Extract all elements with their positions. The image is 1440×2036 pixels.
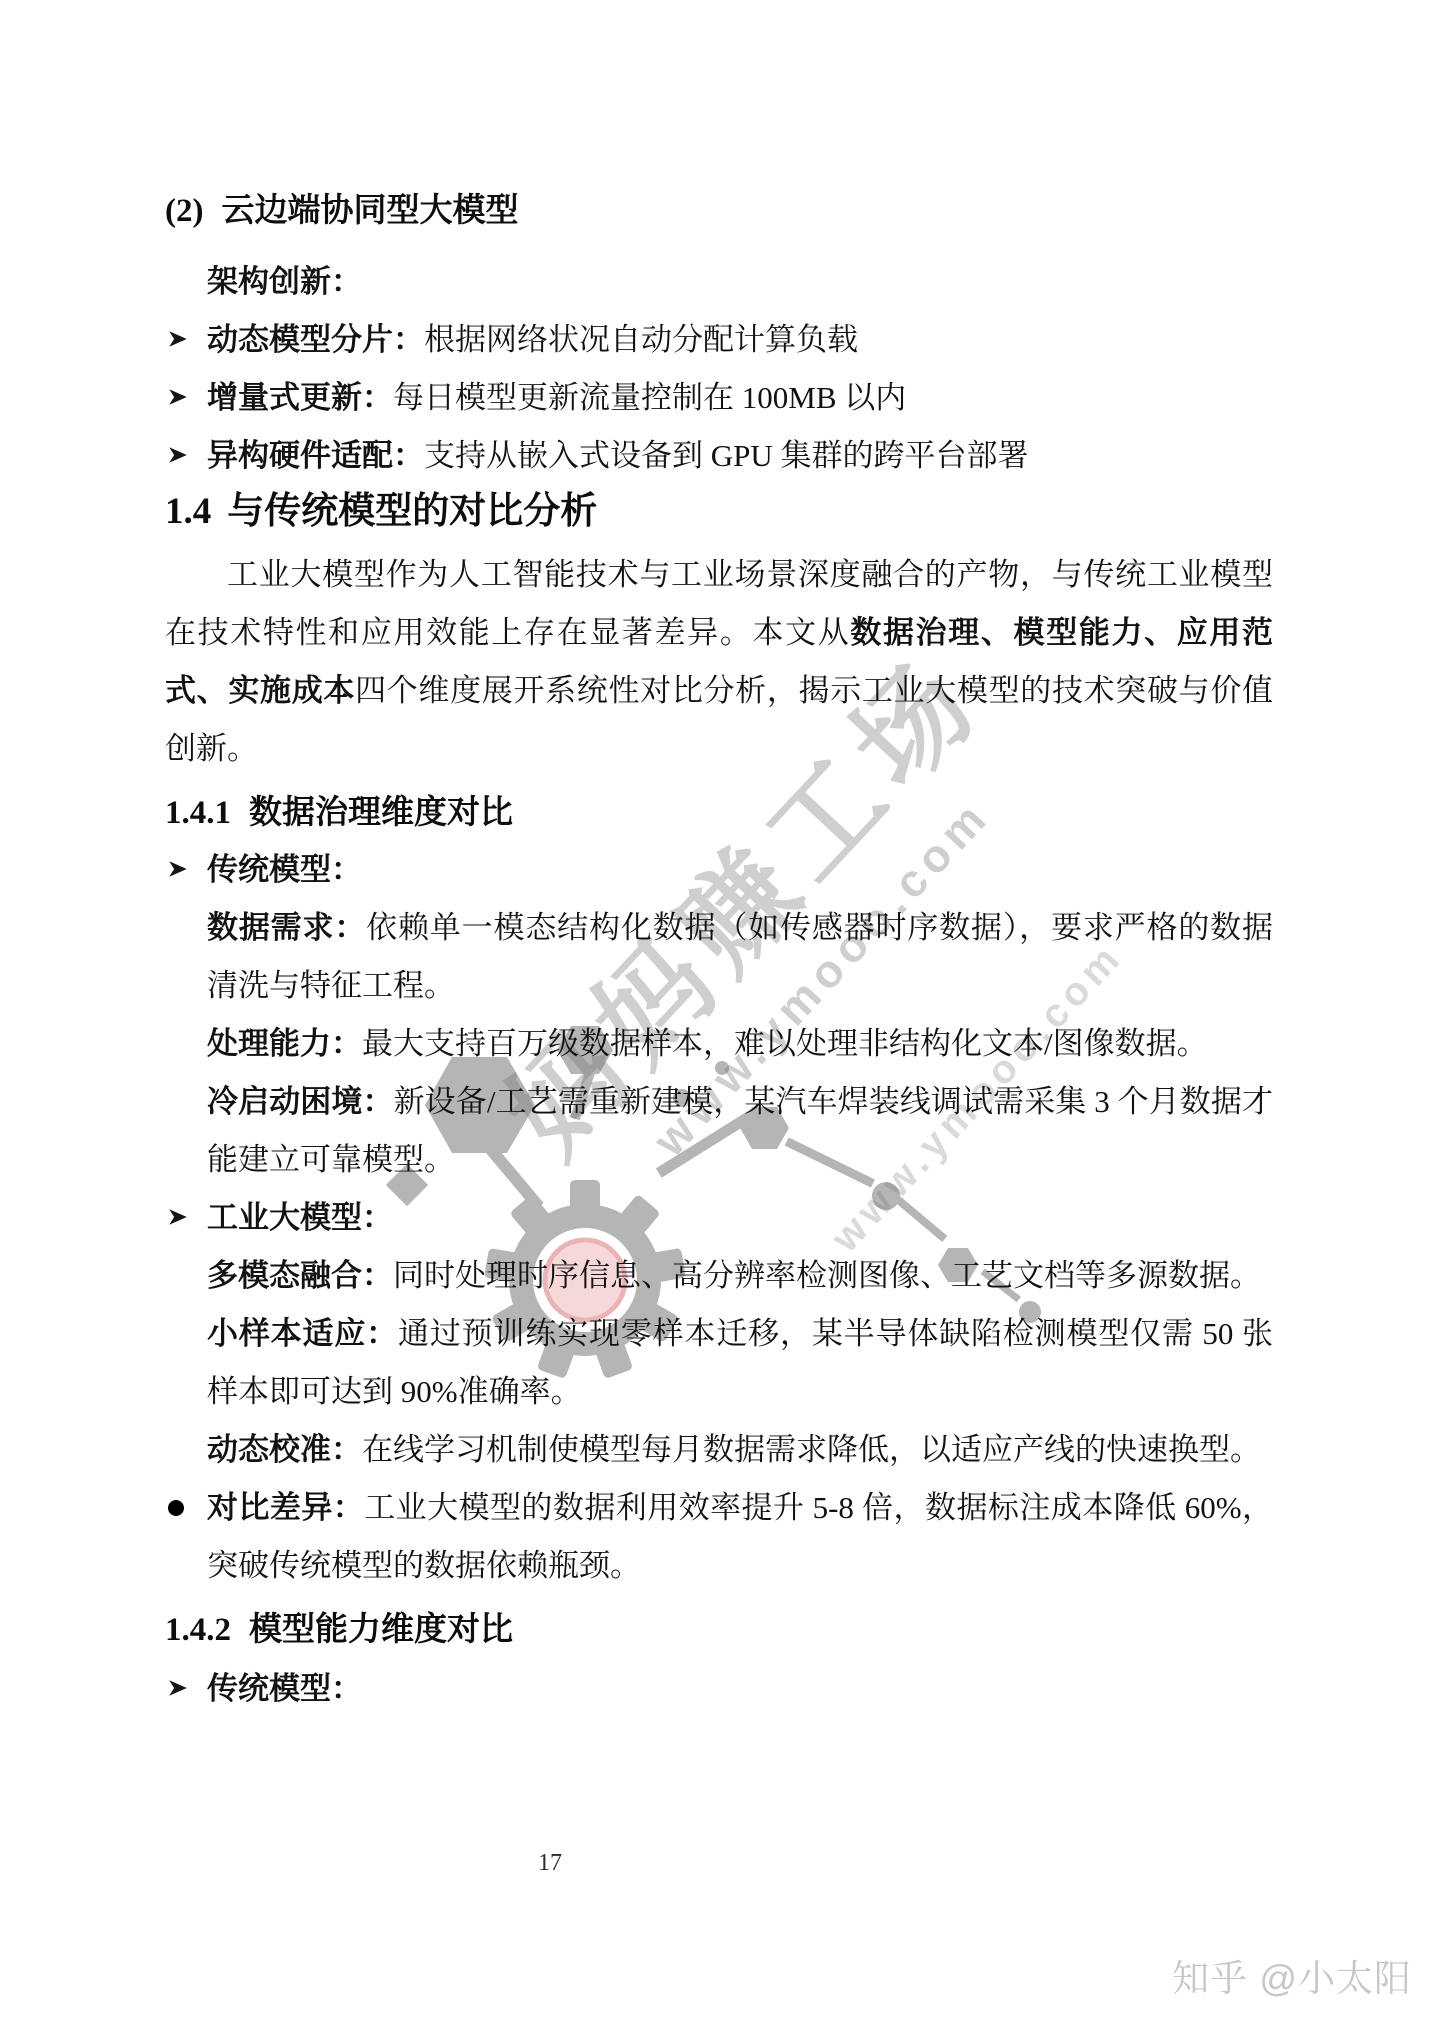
item-few-shot: 小样本适应：通过预训练实现零样本迁移，某半导体缺陷检测模型仅需 50 张样本即可… — [165, 1305, 1273, 1421]
item-label: 数据需求： — [207, 910, 366, 945]
bullet-label: 动态模型分片： — [207, 322, 424, 357]
item-label: 动态校准： — [207, 1432, 362, 1467]
bullet-label: 传统模型： — [207, 852, 362, 887]
bullet-text: 每日模型更新流量控制在 100MB 以内 — [393, 380, 906, 415]
arch-innovation-label: 架构创新： — [207, 253, 1273, 311]
bullet-industrial-model: 工业大模型： — [165, 1189, 1273, 1247]
item-cold-start: 冷启动困境：新设备/工艺需重新建模，某汽车焊装线调试需采集 3 个月数据才能建立… — [165, 1073, 1273, 1189]
arrow-bullet-icon — [167, 1206, 189, 1228]
heading-number: 1.4.1 — [165, 795, 231, 831]
subsection-heading-cloud-edge: (2)云边端协同型大模型 — [165, 186, 1273, 235]
item-dynamic-calibration: 动态校准：在线学习机制使模型每月数据需求降低，以适应产线的快速换型。 — [165, 1421, 1273, 1479]
bullet-hetero-hardware: 异构硬件适配：支持从嵌入式设备到 GPU 集群的跨平台部署 — [165, 427, 1273, 485]
heading-number: (2) — [165, 193, 203, 229]
bullet-text: 支持从嵌入式设备到 GPU 集群的跨平台部署 — [424, 438, 1029, 473]
item-text: 在线学习机制使模型每月数据需求降低，以适应产线的快速换型。 — [362, 1432, 1261, 1467]
item-text: 最大支持百万级数据样本，难以处理非结构化文本/图像数据。 — [362, 1026, 1208, 1061]
item-multimodal-fusion: 多模态融合：同时处理时序信息、高分辨率检测图像、工艺文档等多源数据。 — [165, 1247, 1273, 1305]
bullet-incremental-update: 增量式更新：每日模型更新流量控制在 100MB 以内 — [165, 369, 1273, 427]
heading-title: 云边端协同型大模型 — [221, 191, 518, 228]
arrow-bullet-icon — [167, 444, 189, 466]
bullet-label: 异构硬件适配： — [207, 438, 424, 473]
zhihu-credit: 知乎 @小太阳 — [1172, 1948, 1412, 2002]
bullet-dynamic-sharding: 动态模型分片：根据网络状况自动分配计算负载 — [165, 311, 1273, 369]
bullet-traditional-model: 传统模型： — [165, 841, 1273, 899]
item-text: 依赖单一模态结构化数据（如传感器时序数据），要求严格的数据清洗与特征工程。 — [207, 910, 1273, 1003]
bullet-label: 传统模型： — [207, 1671, 362, 1706]
arrow-bullet-icon — [167, 1677, 189, 1699]
heading-title: 与传统模型的对比分析 — [227, 490, 597, 531]
item-processing-capacity: 处理能力：最大支持百万级数据样本，难以处理非结构化文本/图像数据。 — [165, 1015, 1273, 1073]
bullet-comparison-difference: 对比差异：工业大模型的数据利用效率提升 5-8 倍，数据标注成本降低 60%，突… — [165, 1479, 1273, 1595]
item-label: 处理能力： — [207, 1026, 362, 1061]
heading-title: 模型能力维度对比 — [249, 1610, 513, 1647]
item-label: 冷启动困境： — [207, 1084, 394, 1119]
heading-title: 数据治理维度对比 — [249, 793, 513, 830]
intro-paragraph: 工业大模型作为人工智能技术与工业场景深度融合的产物，与传统工业模型在技术特性和应… — [165, 546, 1273, 778]
item-text: 同时处理时序信息、高分辨率检测图像、工艺文档等多源数据。 — [393, 1258, 1261, 1293]
heading-number: 1.4.2 — [165, 1612, 231, 1648]
section-heading-1-4-2: 1.4.2模型能力维度对比 — [165, 1605, 1273, 1654]
section-heading-1-4: 1.4与传统模型的对比分析 — [165, 485, 1273, 538]
heading-number: 1.4 — [165, 491, 211, 532]
arrow-bullet-icon — [167, 386, 189, 408]
item-label: 小样本适应： — [207, 1316, 398, 1351]
arrow-bullet-icon — [167, 328, 189, 350]
page-number: 17 — [538, 1848, 562, 1878]
bullet-traditional-model-2: 传统模型： — [165, 1660, 1273, 1718]
bullet-label: 增量式更新： — [207, 380, 393, 415]
arrow-bullet-icon — [167, 858, 189, 880]
item-data-demand: 数据需求：依赖单一模态结构化数据（如传感器时序数据），要求严格的数据清洗与特征工… — [165, 899, 1273, 1015]
bullet-text: 根据网络状况自动分配计算负载 — [424, 322, 858, 357]
item-label: 对比差异： — [207, 1490, 364, 1525]
section-heading-1-4-1: 1.4.1数据治理维度对比 — [165, 788, 1273, 837]
bullet-label: 工业大模型： — [207, 1200, 393, 1235]
item-text: 工业大模型的数据利用效率提升 5-8 倍，数据标注成本降低 60%，突破传统模型… — [207, 1490, 1273, 1583]
document-body: (2)云边端协同型大模型 架构创新： 动态模型分片：根据网络状况自动分配计算负载… — [165, 150, 1273, 1718]
item-label: 多模态融合： — [207, 1258, 393, 1293]
